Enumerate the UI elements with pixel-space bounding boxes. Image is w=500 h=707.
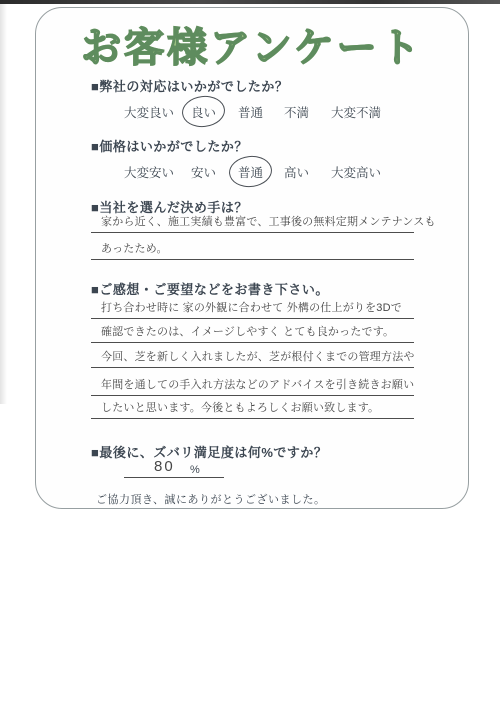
- scan-left-shade: [0, 4, 7, 404]
- survey-card: お客様アンケート ■弊社の対応はいかがでしたか？ 大変良い 良い 普通 不満 大…: [35, 7, 469, 509]
- question-price-label: ■価格はいかがでしたか？: [91, 136, 248, 155]
- option-very-good: 大変良い: [124, 103, 174, 121]
- handwritten-line: 年間を通しての手入れ方法などのアドバイスを引き続きお願い: [91, 376, 414, 396]
- satisfaction-value: 80: [154, 458, 175, 475]
- satisfaction-answer-line: 80 %: [124, 460, 224, 478]
- percent-label: %: [190, 464, 200, 476]
- question-response-options: 大変良い 良い 普通 不満 大変不満: [36, 103, 468, 125]
- handwritten-line: 確認できたのは、イメージしやすく とても良かったです。: [91, 323, 414, 343]
- footer-thanks: ご協力頂き、誠にありがとうございました。: [96, 491, 326, 507]
- option-very-dissatisfied: 大変不満: [331, 103, 381, 121]
- scan-edge-artifact: [0, 0, 500, 4]
- option-expensive: 高い: [284, 163, 309, 181]
- option-cheap: 安い: [191, 163, 216, 181]
- option-good-selected: 良い: [191, 103, 216, 121]
- page-title: お客様アンケート: [36, 16, 468, 73]
- option-dissatisfied: 不満: [284, 103, 309, 121]
- question-price-options: 大変安い 安い 普通 高い 大変高い: [36, 163, 468, 185]
- option-normal: 普通: [238, 103, 263, 121]
- question-response-label: ■弊社の対応はいかがでしたか？: [91, 76, 288, 95]
- handwritten-line: 打ち合わせ時に 家の外観に合わせて 外構の仕上がりを3Dで: [91, 299, 414, 319]
- handwritten-line: あったため。: [91, 240, 414, 260]
- question-satisfaction-label: ■最後に、ズバリ満足度は何%ですか？: [91, 442, 327, 461]
- handwritten-line: したいと思います。今後ともよろしくお願い致します。: [91, 399, 414, 419]
- option-very-expensive: 大変高い: [331, 163, 381, 181]
- handwritten-line: 今回、芝を新しく入れましたが、芝が根付くまでの管理方法や: [91, 348, 414, 368]
- handwritten-line: 家から近く、施工実績も豊富で、工事後の無料定期メンテナンスも: [91, 213, 414, 233]
- option-very-cheap: 大変安い: [124, 163, 174, 181]
- option-normal-selected: 普通: [238, 163, 263, 181]
- question-comments-label: ■ご感想・ご要望などをお書き下さい。: [91, 279, 329, 298]
